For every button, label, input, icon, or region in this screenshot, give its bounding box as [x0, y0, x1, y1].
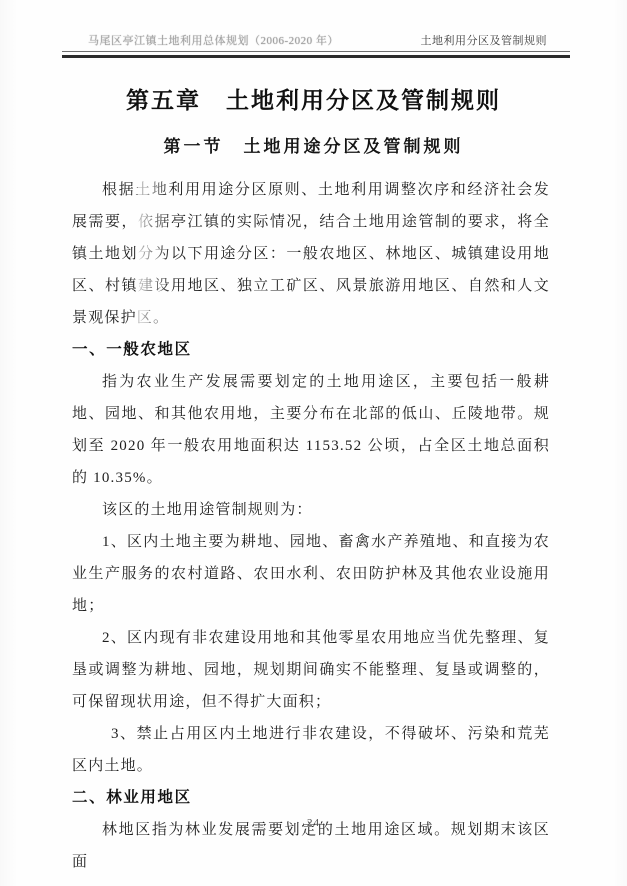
- running-header-right: 土地利用分区及管制规则: [421, 34, 548, 48]
- document-page: 马尾区亭江镇土地利用总体规划（2006-2020 年） 土地利用分区及管制规则 …: [0, 0, 627, 886]
- section-heading: 一、一般农地区: [72, 334, 550, 366]
- paragraph: 根据土地利用用途分区原则、土地利用调整次序和经济社会发展需要，依据亭江镇的实际情…: [72, 174, 550, 334]
- running-header-left: 马尾区亭江镇土地利用总体规划（2006-2020 年）: [88, 34, 339, 48]
- document-body: 根据土地利用用途分区原则、土地利用调整次序和经济社会发展需要，依据亭江镇的实际情…: [0, 174, 627, 878]
- paragraph: 该区的土地用途管制规则为：: [72, 494, 550, 526]
- list-item-paragraph: 2、区内现有非农建设用地和其他零星农用地应当优先整理、复垦或调整为耕地、园地，规…: [72, 622, 550, 718]
- chapter-title: 第五章 土地利用分区及管制规则: [0, 82, 627, 115]
- running-header: 马尾区亭江镇土地利用总体规划（2006-2020 年） 土地利用分区及管制规则: [0, 0, 627, 48]
- section-title: 第一节 土地用途分区及管制规则: [0, 132, 627, 157]
- section-heading: 二、林业用地区: [72, 782, 550, 814]
- header-rule: [62, 51, 570, 58]
- list-item-paragraph: 1、区内土地主要为耕地、园地、畜禽水产养殖地、和直接为农业生产服务的农村道路、农…: [72, 526, 550, 622]
- list-item-paragraph: 3、禁止占用区内土地进行非农建设，不得破坏、污染和荒芜区内土地。: [72, 718, 550, 782]
- page-number: 24: [0, 817, 627, 829]
- paragraph: 指为农业生产发展需要划定的土地用途区，主要包括一般耕地、园地、和其他农用地，主要…: [72, 366, 550, 494]
- opening-paragraph-wrap: 根据土地利用用途分区原则、土地利用调整次序和经济社会发展需要，依据亭江镇的实际情…: [72, 174, 550, 334]
